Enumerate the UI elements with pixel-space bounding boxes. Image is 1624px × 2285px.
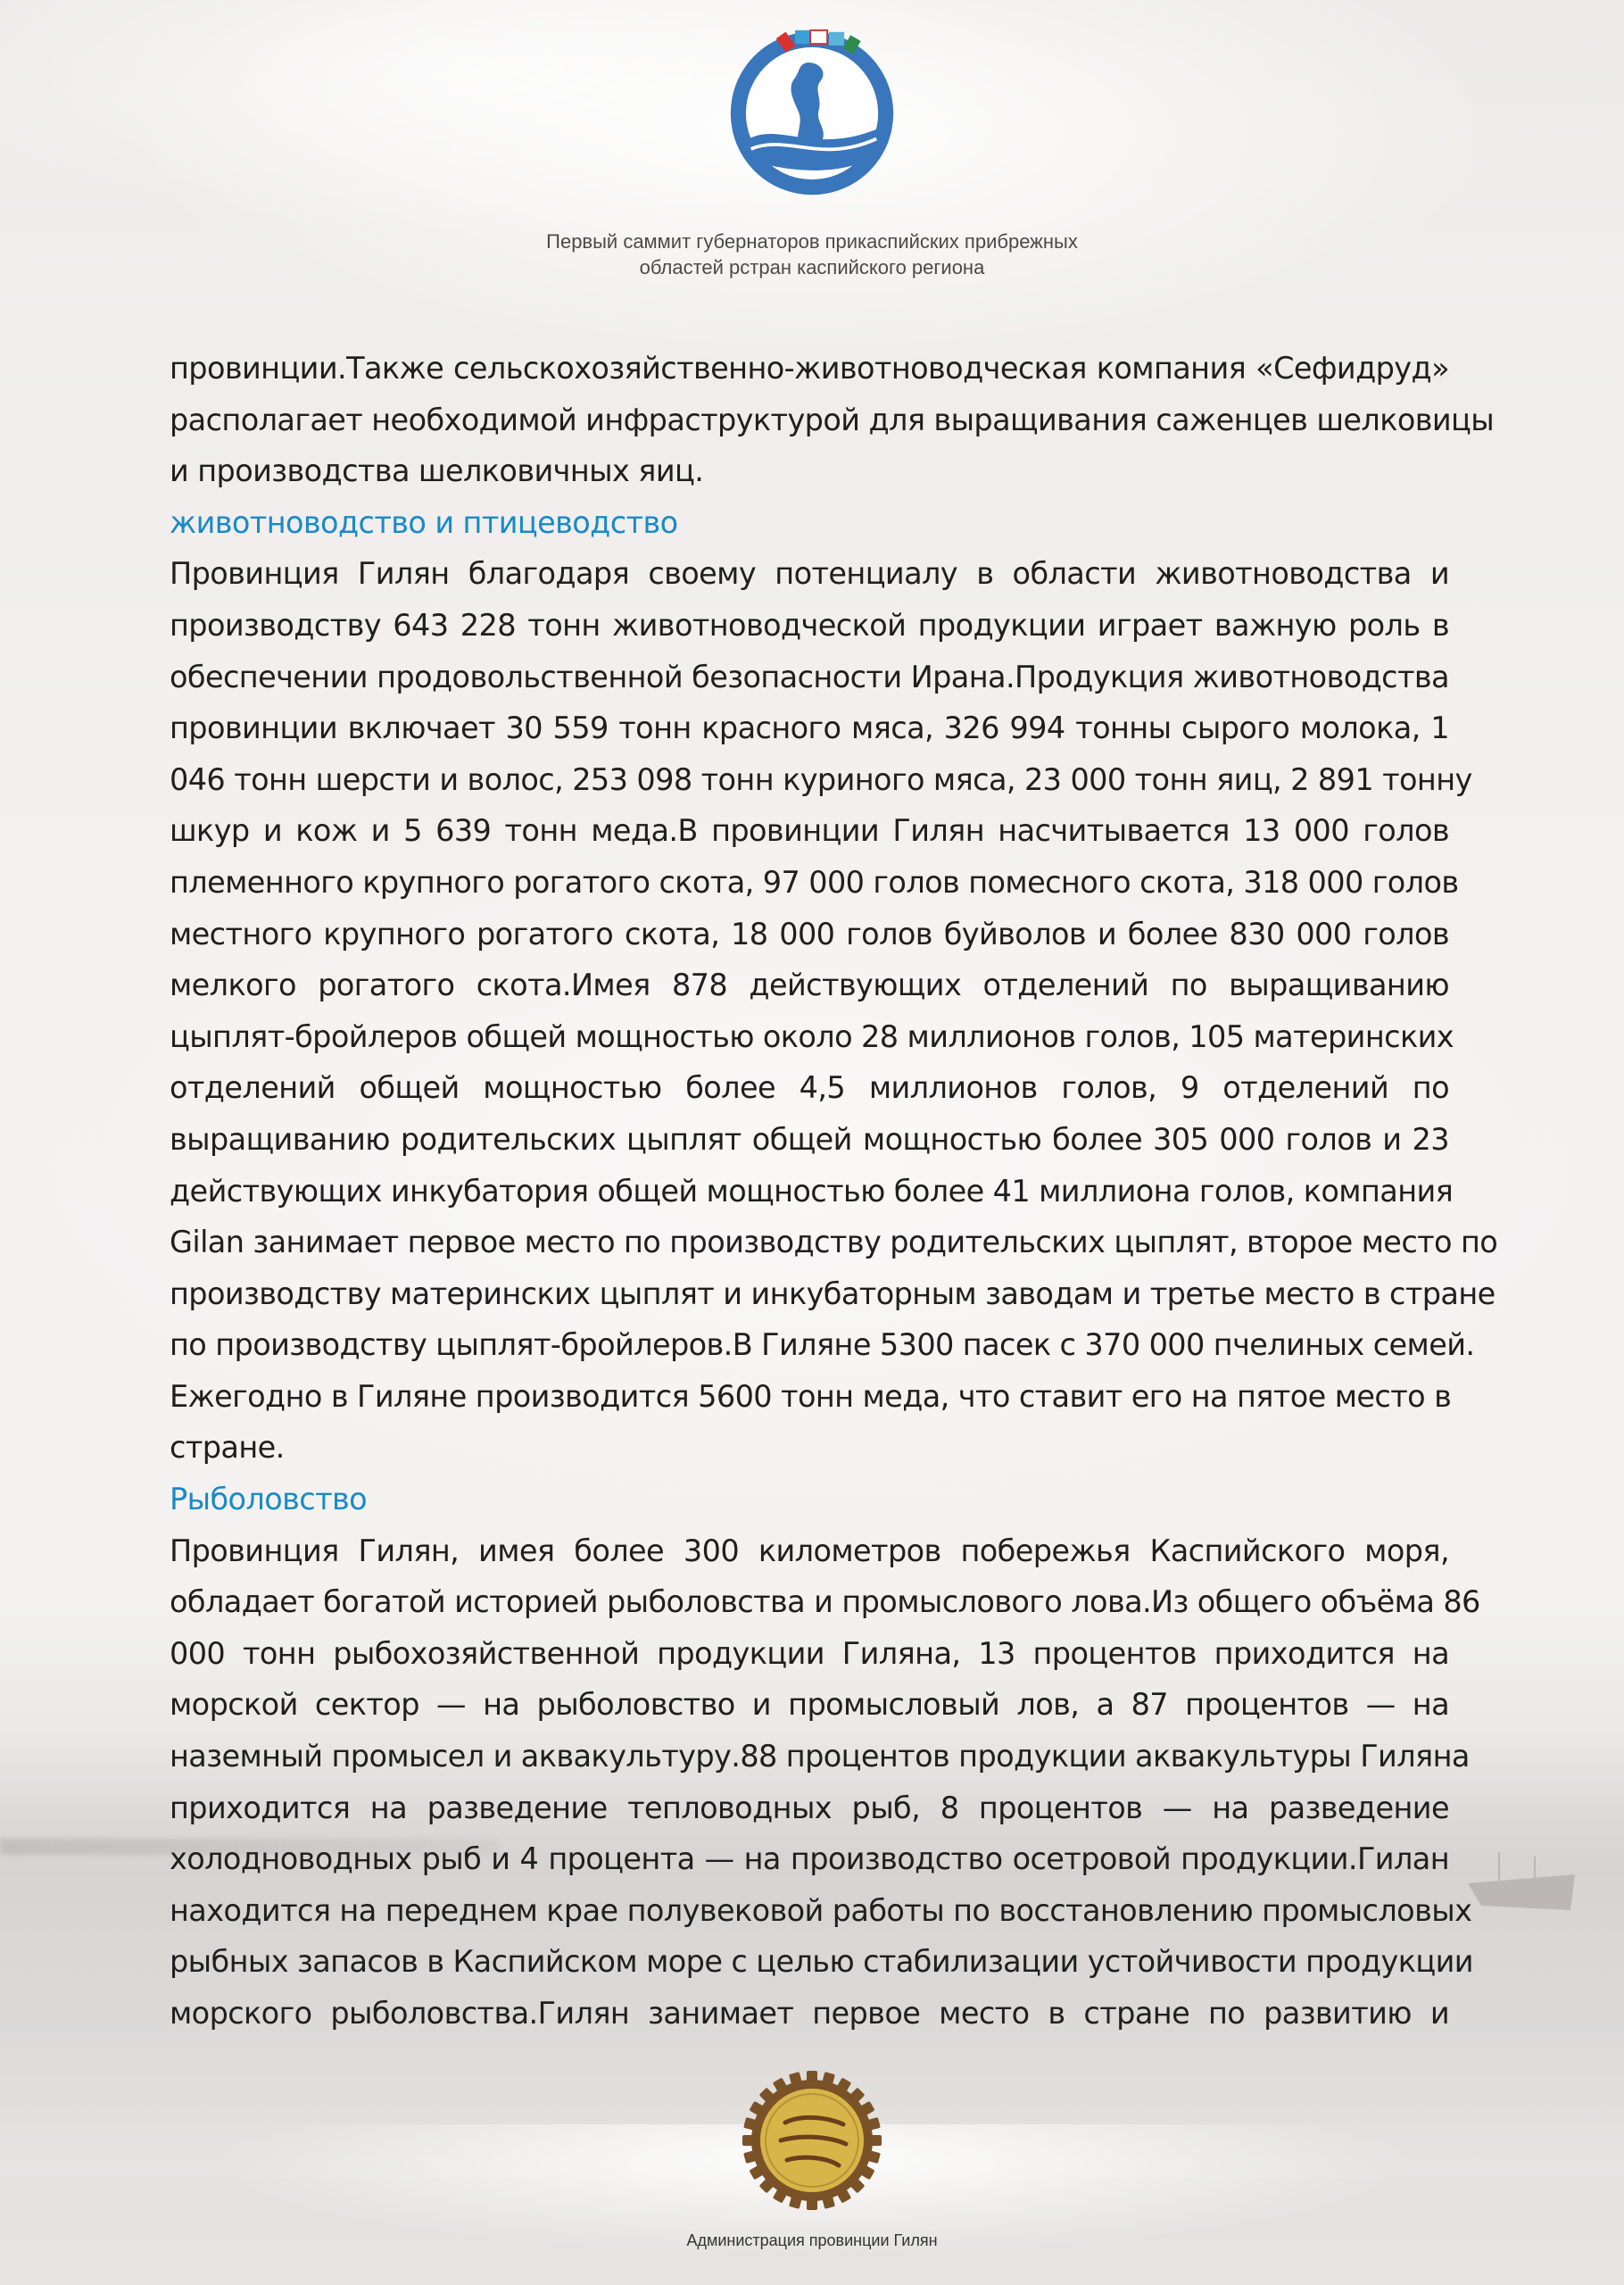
paragraph: провинции.Также сельскохозяйственно-живо… <box>170 343 1449 497</box>
text-line: морского рыболовства.Гилян занимает перв… <box>170 1988 1449 2040</box>
text-line: холодноводных рыб и 4 процента — на прои… <box>170 1833 1449 1885</box>
section-heading: Рыболовство <box>170 1474 1449 1525</box>
text-line: рыбных запасов в Каспийском море с целью… <box>170 1936 1449 1988</box>
text-line: наземный промысел и аквакультуру.88 проц… <box>170 1731 1449 1782</box>
page-footer: Администрация провинции Гилян <box>0 2069 1624 2250</box>
paragraph: Провинция Гилян благодаря своему потенци… <box>170 548 1449 1474</box>
text-line: действующих инкубатория общей мощностью … <box>170 1166 1449 1217</box>
section-heading: животноводство и птицеводство <box>170 497 1449 549</box>
text-line: стране. <box>170 1422 1449 1474</box>
summit-title-line-2: областей рстран каспийского региона <box>0 254 1624 280</box>
text-line: находится на переднем крае полувековой р… <box>170 1885 1449 1937</box>
text-line: Gilan занимает первое место по производс… <box>170 1217 1449 1268</box>
gold-gear-emblem-icon <box>741 2069 883 2212</box>
text-line: выращиванию родительских цыплят общей мо… <box>170 1114 1449 1166</box>
text-line: 000 тонн рыбохозяйственной продукции Гил… <box>170 1628 1449 1680</box>
text-line: приходится на разведение тепловодных рыб… <box>170 1782 1449 1834</box>
text-line: 046 тонн шерсти и волос, 253 098 тонн ку… <box>170 754 1449 806</box>
text-line: провинции.Также сельскохозяйственно-живо… <box>170 343 1449 395</box>
text-line: Провинция Гилян, имея более 300 километр… <box>170 1525 1449 1577</box>
caspian-forum-logo-icon <box>727 29 897 198</box>
admin-caption: Администрация провинции Гилян <box>0 2231 1624 2250</box>
text-line: обеспечении продовольственной безопаснос… <box>170 652 1449 703</box>
text-line: производству материнских цыплят и инкуба… <box>170 1268 1449 1320</box>
summit-title-line-1: Первый саммит губернаторов прикаспийских… <box>0 228 1624 254</box>
text-line: местного крупного рогатого скота, 18 000… <box>170 909 1449 960</box>
text-line: мелкого рогатого скота.Имея 878 действую… <box>170 960 1449 1011</box>
text-line: располагает необходимой инфраструктурой … <box>170 395 1449 446</box>
text-line: обладает богатой историей рыболовства и … <box>170 1576 1449 1628</box>
article-body: провинции.Также сельскохозяйственно-живо… <box>170 343 1449 2040</box>
page-header: Первый саммит губернаторов прикаспийских… <box>0 29 1624 280</box>
text-line: производству 643 228 тонн животноводческ… <box>170 600 1449 652</box>
summit-title: Первый саммит губернаторов прикаспийских… <box>0 228 1624 280</box>
text-line: и производства шелковичных яиц. <box>170 445 1449 497</box>
boat-silhouette-icon <box>1463 1848 1588 1919</box>
paragraph: Провинция Гилян, имея более 300 километр… <box>170 1525 1449 2040</box>
text-line: морской сектор — на рыболовство и промыс… <box>170 1679 1449 1731</box>
text-line: отделений общей мощностью более 4,5 милл… <box>170 1062 1449 1114</box>
text-line: племенного крупного рогатого скота, 97 0… <box>170 857 1449 909</box>
text-line: Провинция Гилян благодаря своему потенци… <box>170 548 1449 600</box>
text-line: цыплят-бройлеров общей мощностью около 2… <box>170 1011 1449 1063</box>
text-line: по производству цыплят-бройлеров.В Гилян… <box>170 1319 1449 1371</box>
text-line: провинции включает 30 559 тонн красного … <box>170 702 1449 754</box>
text-line: Ежегодно в Гиляне производится 5600 тонн… <box>170 1371 1449 1423</box>
text-line: шкур и кож и 5 639 тонн меда.В провинции… <box>170 805 1449 857</box>
